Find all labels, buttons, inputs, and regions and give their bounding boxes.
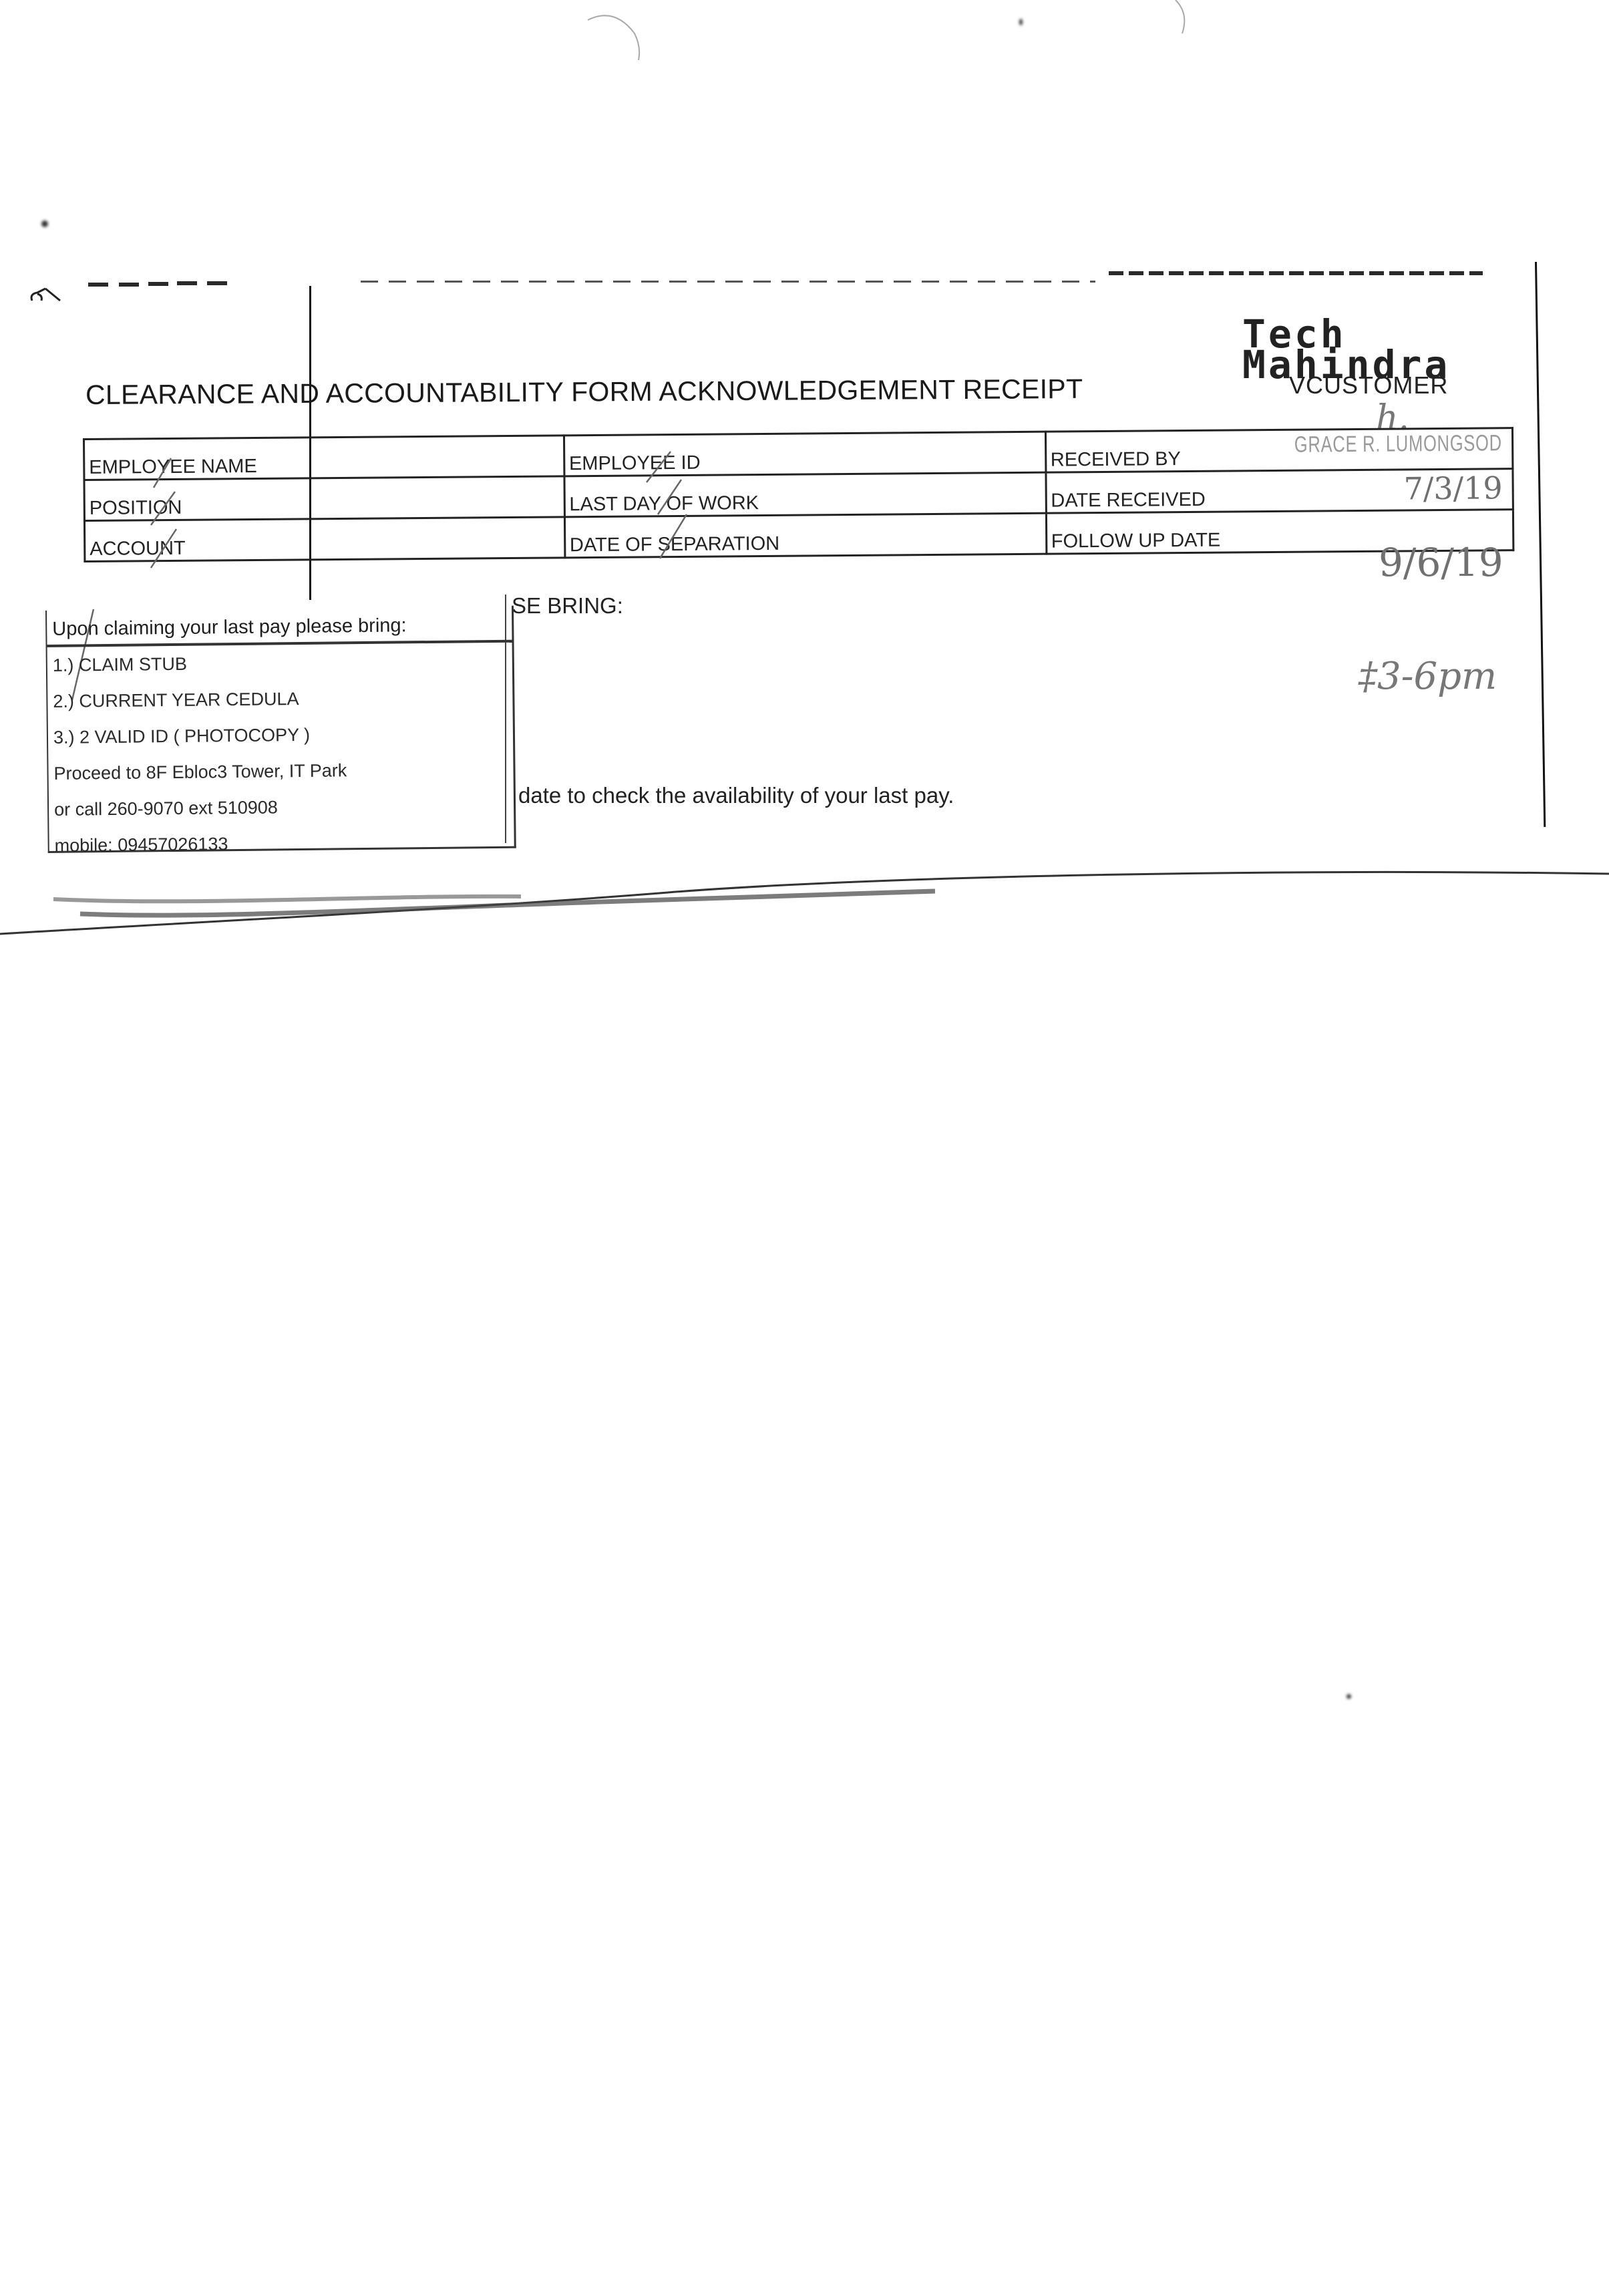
scan-arc xyxy=(581,7,655,60)
partial-heading: SE BRING: xyxy=(512,593,623,619)
availability-note: date to check the availability of your l… xyxy=(518,783,954,808)
instruction-slip: Upon claiming your last pay please bring… xyxy=(45,606,516,853)
paper-edge-shadow xyxy=(0,855,1609,949)
instruction-item: 2.) CURRENT YEAR CEDULA xyxy=(47,679,513,719)
instruction-item: Proceed to 8F Ebloc3 Tower, IT Park xyxy=(48,751,514,792)
scan-arc xyxy=(1135,0,1202,40)
scan-speck xyxy=(1019,19,1023,25)
instruction-item: or call 260-9070 ext 510908 xyxy=(49,787,514,828)
instruction-item: 1.) CLAIM STUB xyxy=(47,643,513,683)
instruction-item: 3.) 2 VALID ID ( PHOTOCOPY ) xyxy=(48,715,514,756)
instruction-heading: Upon claiming your last pay please bring… xyxy=(47,606,512,647)
scan-speck xyxy=(1347,1694,1351,1699)
scan-speck xyxy=(41,220,48,227)
